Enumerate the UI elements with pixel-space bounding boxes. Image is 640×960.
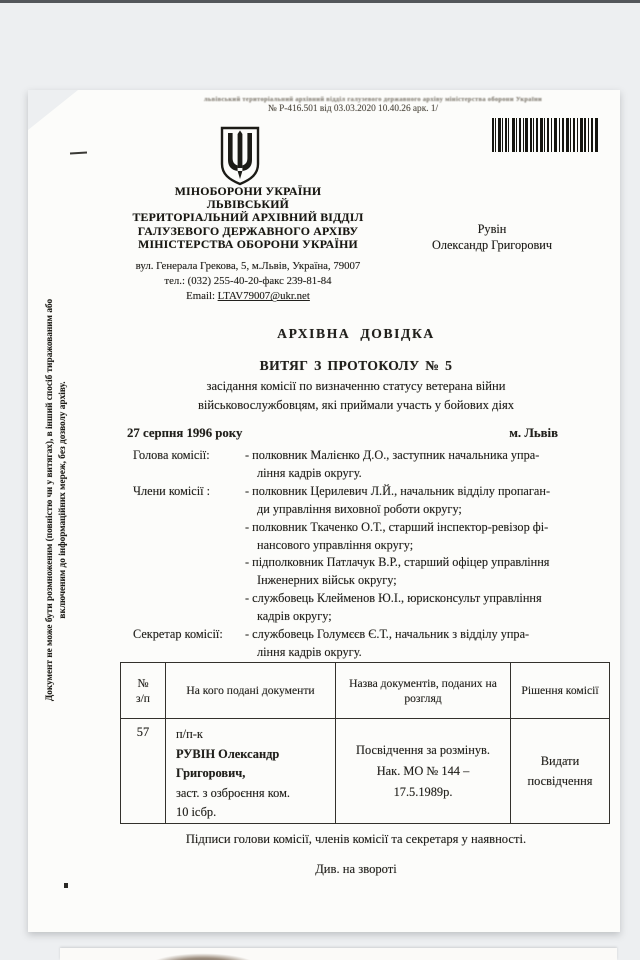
table-header-name: На кого подані документи [166, 663, 336, 719]
document-date: 27 серпня 1996 року [127, 426, 242, 441]
registration-number-line: № Р-416.501 від 03.03.2020 10.40.26 арк.… [222, 104, 484, 114]
table-cell-decision: Видати посвідчення [511, 719, 609, 823]
commission-row: кадрів округу; [133, 608, 578, 626]
protocol-description-line1: засідання комісії по визначенню статусу … [92, 379, 620, 394]
protocol-subtitle: ВИТЯГ З ПРОТОКОЛУ № 5 [92, 358, 620, 374]
phone-line: тел.: (032) 255-40-20-факс 239-81-84 [92, 274, 404, 289]
table-header-documents: Назва документів, поданих на розгляд [336, 663, 511, 719]
address-block: вул. Генерала Грекова, 5, м.Львів, Украї… [92, 259, 404, 305]
org-line: ГАЛУЗЕВОГО ДЕРЖАВНОГО АРХІВУ [92, 225, 404, 238]
org-line: ТЕРИТОРІАЛЬНИЙ АРХІВНИЙ ВІДДІЛ [92, 211, 404, 224]
email-line: Email: LTAV79007@ukr.net [92, 289, 404, 304]
scanned-document-page: львівський територіальний архівний відді… [28, 90, 620, 932]
commission-list: Голова комісії:- полковник Малієнко Д.О.… [133, 447, 578, 662]
table-cell-name: п/п-к РУВІН Олександр Григорович, заст. … [166, 719, 336, 823]
barcode-icon [492, 118, 600, 152]
next-page-edge [60, 948, 617, 960]
organization-name-block: МІНОБОРОНИ УКРАЇНИ ЛЬВІВСЬКИЙ ТЕРИТОРІАЛ… [92, 185, 404, 251]
commission-row: Голова комісії:- полковник Малієнко Д.О.… [133, 447, 578, 465]
addressee-name-block: Рувін Олександр Григорович [404, 221, 580, 253]
commission-row: ди управління виховної роботи округу; [133, 501, 578, 519]
addressee-surname: Рувін [404, 221, 580, 237]
decision-table: № з/п На кого подані документи Назва док… [120, 662, 610, 824]
scan-dash-artifact [70, 152, 87, 155]
table-header-decision: Рішення комісії [511, 663, 609, 719]
commission-row: Члени комісії :- полковник Церилевич Л.Й… [133, 483, 578, 501]
document-place: м. Львів [509, 426, 558, 441]
signatures-note: Підписи голови комісії, членів комісії т… [92, 832, 620, 847]
scan-dot-artifact [64, 883, 68, 888]
page-corner-cut [28, 90, 78, 130]
commission-row: - полковник Ткаченко О.Т., старший інспе… [133, 519, 578, 537]
street-address: вул. Генерала Грекова, 5, м.Львів, Украї… [92, 259, 404, 274]
next-page-smudge [138, 950, 268, 960]
email-label: Email: [186, 290, 217, 302]
addressee-given-names: Олександр Григорович [404, 237, 580, 253]
table-header-num: № з/п [121, 663, 166, 719]
commission-row: ління кадрів округу. [133, 465, 578, 483]
ukraine-trident-emblem-icon [219, 126, 261, 186]
table-cell-documents: Посвідчення за розмінув. Нак. МО № 144 –… [336, 719, 511, 823]
protocol-description-line2: військовослужбовцям, які приймали участь… [92, 398, 620, 413]
margin-restriction-note: Документ не може бути розмноженим (повні… [44, 250, 72, 750]
commission-row: - підполковник Патлачук В.Р., старший оф… [133, 554, 578, 572]
commission-row: Інженерних військ округу; [133, 572, 578, 590]
commission-row: Секретар комісії:- службовець Голумєєв Є… [133, 626, 578, 644]
scan-top-edge [0, 0, 640, 3]
org-line: МІНІСТЕРСТВА ОБОРОНИ УКРАЇНИ [92, 238, 404, 251]
document-title: АРХІВНА ДОВІДКА [92, 326, 620, 342]
table-cell-num: 57 [121, 719, 166, 823]
email-address: LTAV79007@ukr.net [218, 290, 310, 302]
commission-row: нансового управління округу; [133, 537, 578, 555]
commission-row: - службовець Клейменов Ю.І., юрисконсуль… [133, 590, 578, 608]
commission-row: ління кадрів округу. [133, 644, 578, 662]
reverse-side-note: Див. на звороті [92, 862, 620, 877]
